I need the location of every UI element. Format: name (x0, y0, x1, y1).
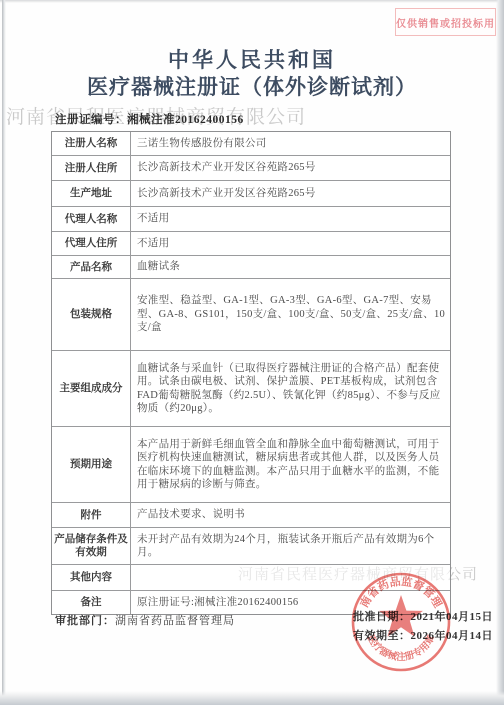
table-row: 代理人名称 不适用 (52, 206, 450, 231)
certificate-page: 仅供销售或招投标用 中华人民共和国 医疗器械注册证（体外诊断试剂） 河南省民程医… (0, 0, 504, 705)
row-label: 备注 (52, 591, 131, 614)
sales-only-notice: 仅供销售或招投标用 (395, 8, 496, 36)
row-label: 产品名称 (52, 256, 131, 278)
row-label: 产品储存条件及有效期 (52, 528, 131, 564)
row-value: 不适用 (131, 207, 450, 231)
row-label: 包装规格 (52, 279, 131, 350)
row-label: 注册人住所 (52, 156, 131, 180)
row-value: 本产品用于新鲜毛细血管全血和静脉全血中葡萄糖测试，可用于医疗机构快速血糖测试，糖… (131, 427, 450, 502)
approval-department-value: 湖南省药品监督管理局 (115, 615, 235, 627)
table-row: 附件 产品技术要求、说明书 (52, 502, 450, 527)
row-label: 主要组成成分 (52, 351, 131, 426)
stamp-arc-text: 湖南省药品监督管理局 (336, 558, 445, 611)
document-title-country: 中华人民共和国 (0, 44, 504, 74)
table-row: 产品名称 血糖试条 (52, 255, 450, 278)
row-value: 长沙高新技术产业开发区谷苑路265号 (131, 156, 450, 180)
approval-department-label: 审批部门： (55, 615, 115, 627)
table-row: 主要组成成分 血糖试条与采血针（已取得医疗器械注册证的合格产品）配套使用。试条由… (52, 350, 450, 426)
row-value: 血糖试条 (131, 256, 450, 278)
row-label: 附件 (52, 503, 131, 527)
table-row: 注册人名称 三诺生物传感股份有限公司 (52, 132, 450, 155)
row-label: 代理人名称 (52, 207, 131, 231)
row-label: 代理人住所 (52, 232, 131, 255)
row-value: 安准型、稳益型、GA-1型、GA-3型、GA-6型、GA-7型、安易型、GA-8… (131, 279, 450, 350)
certificate-table: 注册人名称 三诺生物传感股份有限公司 注册人住所 长沙高新技术产业开发区谷苑路2… (51, 131, 451, 615)
table-row: 预期用途 本产品用于新鲜毛细血管全血和静脉全血中葡萄糖测试，可用于医疗机构快速血… (52, 426, 450, 502)
row-label: 其他内容 (52, 565, 131, 590)
table-row: 包装规格 安准型、稳益型、GA-1型、GA-3型、GA-6型、GA-7型、安易型… (52, 278, 450, 350)
scan-edge-top (0, 0, 504, 3)
stamp-star (379, 595, 423, 637)
registration-number-line: 注册证编号：湘械注准20162400156 (55, 111, 244, 127)
table-row: 注册人住所 长沙高新技术产业开发区谷苑路265号 (52, 155, 450, 180)
row-value: 长沙高新技术产业开发区谷苑路265号 (131, 181, 450, 206)
row-label: 注册人名称 (52, 132, 131, 155)
row-value: 产品技术要求、说明书 (131, 503, 450, 527)
row-label: 生产地址 (52, 181, 131, 206)
table-row: 代理人住所 不适用 (52, 231, 450, 255)
scanned-certificate-page: { "page": { "corner_notice": "仅供销售或招投标用"… (0, 0, 504, 705)
document-title-certificate: 医疗器械注册证（体外诊断试剂） (0, 71, 504, 101)
row-value: 血糖试条与采血针（已取得医疗器械注册证的合格产品）配套使用。试条由碳电极、试剂、… (131, 351, 450, 426)
official-seal-stamp: 湖南省药品监督管理局 医疗器械注册专用章 (336, 558, 466, 693)
row-label: 预期用途 (52, 427, 131, 502)
scan-edge-right (496, 0, 504, 705)
stamp-bottom-text: 医疗器械注册专用章 (365, 632, 438, 662)
row-value: 不适用 (131, 232, 450, 255)
row-value: 三诺生物传感股份有限公司 (131, 132, 450, 155)
approval-department-line: 审批部门：湖南省药品监督管理局 (55, 612, 235, 628)
scan-edge-bottom (0, 691, 504, 705)
table-row: 生产地址 长沙高新技术产业开发区谷苑路265号 (52, 180, 450, 206)
